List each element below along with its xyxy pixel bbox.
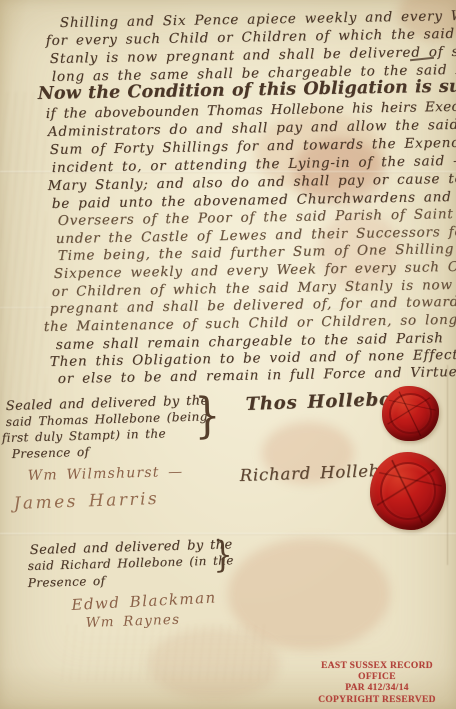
archive-stamp-line: PAR 412/34/14 — [301, 683, 453, 694]
witness-signature: Edwd Blackman — [71, 588, 217, 614]
attestation-line: first duly Stampt) in the — [2, 426, 167, 445]
archive-stamp: EAST SUSSEX RECORD OFFICE PAR 412/34/14 … — [301, 661, 453, 706]
attestation-line: Presence of — [12, 445, 90, 461]
show-through-text — [60, 624, 270, 682]
archive-stamp-line: COPYRIGHT RESERVED — [301, 695, 453, 706]
wax-seal-richard — [370, 452, 446, 530]
wax-seal-thomas — [382, 386, 439, 441]
witness-signature: Wm Wilmshurst — — [28, 464, 184, 484]
brace-mark: } — [213, 538, 233, 574]
brace-mark: } — [194, 391, 221, 440]
archive-stamp-line: EAST SUSSEX RECORD OFFICE — [301, 661, 453, 683]
attestation-line: Presence of — [28, 574, 106, 590]
fold-crease — [447, 365, 448, 565]
manuscript-scan: Shilling and Six Pence apiece weekly and… — [0, 0, 456, 709]
show-through-text — [0, 92, 46, 414]
witness-signature: James Harris — [13, 489, 159, 514]
witness-signature: Wm Raynes — [85, 612, 180, 631]
